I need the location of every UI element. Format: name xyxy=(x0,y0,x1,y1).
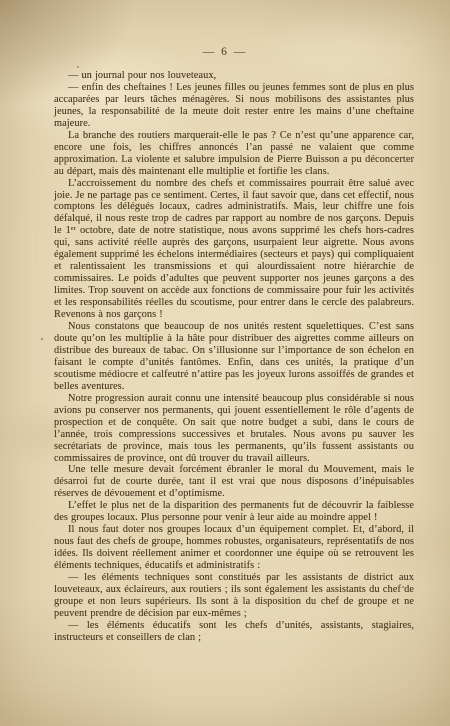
paragraph: — les éléments éducatifs sont les chefs … xyxy=(54,620,414,644)
paragraph: L’effet le plus net de la disparition de… xyxy=(54,500,414,524)
paragraph: Notre progression aurait connu une inten… xyxy=(54,393,414,465)
text-block: — un journal pour nos louveteaux, — enfi… xyxy=(54,70,414,644)
paragraph: Il nous faut doter nos groupes locaux d’… xyxy=(54,524,414,572)
ink-speck xyxy=(402,586,404,588)
ink-speck xyxy=(41,338,43,340)
paragraph: — enfin des cheftaines ! Les jeunes fill… xyxy=(54,82,414,130)
paragraph: Nous constatons que beaucoup de nos unit… xyxy=(54,321,414,393)
paragraph: — les éléments techniques sont constitué… xyxy=(54,572,414,620)
document-page: — 6 — — un journal pour nos louveteaux, … xyxy=(0,0,450,726)
paragraph: Une telle mesure devait forcément ébranl… xyxy=(54,464,414,500)
ink-speck xyxy=(77,66,79,68)
page-number: — 6 — xyxy=(0,46,450,58)
paragraph: — un journal pour nos louveteaux, xyxy=(54,70,414,82)
paragraph: L’accroissement du nombre des chefs et c… xyxy=(54,178,414,321)
paragraph: La branche des routiers marquerait-elle … xyxy=(54,130,414,178)
